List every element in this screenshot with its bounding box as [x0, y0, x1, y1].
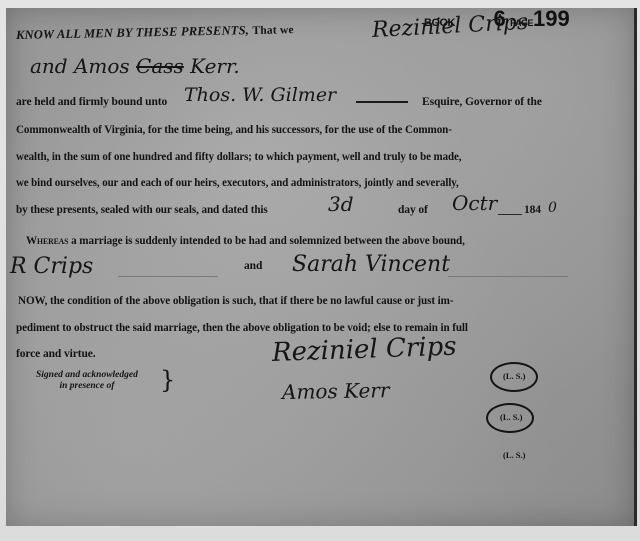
signature-principal: Reziniel Crips: [271, 332, 457, 368]
whereas-line: Whereas a marriage is suddenly intended …: [26, 235, 465, 247]
condition-line-2: pediment to obstruct the said marriage, …: [16, 322, 468, 334]
bride-line: [448, 276, 568, 277]
condition-line-3: force and virtue.: [16, 348, 96, 360]
whereas-text: a marriage is suddenly intended to be ha…: [71, 235, 465, 247]
witness-label: Signed and acknowledged in presence of: [36, 370, 138, 392]
page-number: 199: [533, 6, 570, 31]
governor-dash: [356, 101, 408, 103]
brace-icon: }: [160, 368, 175, 392]
that-we-text: That we: [252, 24, 294, 37]
held-bound-text: are held and firmly bound unto: [16, 96, 167, 108]
surety-and-amos: and Amos: [30, 54, 136, 78]
day-of-text: day of: [398, 204, 428, 216]
seal-2-label: (L. S.): [500, 412, 522, 422]
signature-surety: Amos Kerr: [282, 378, 390, 404]
condition-line-1: NOW, the condition of the above obligati…: [18, 295, 453, 307]
bond-line-sum: wealth, in the sum of one hundred and fi…: [16, 151, 461, 163]
governor-name-handwritten: Thos. W. Gilmer: [184, 84, 336, 106]
bond-line-bind: we bind ourselves, our and each of our h…: [16, 177, 459, 189]
struck-name: Cass: [136, 54, 184, 78]
month-handwritten: Octr: [452, 191, 497, 215]
groom-line: [118, 276, 218, 277]
governor-suffix-text: Esquire, Governor of the: [422, 96, 542, 108]
surety-surname: Kerr.: [184, 54, 240, 78]
date-line-prefix: by these presents, sealed with our seals…: [16, 204, 268, 216]
bride-name-handwritten: Sarah Vincent: [292, 252, 450, 277]
witness-label-line-2: in presence of: [36, 381, 138, 392]
seal-3-label: (L. S.): [503, 450, 525, 460]
groom-name-handwritten: R Crips: [10, 254, 93, 279]
day-handwritten: 3d: [328, 192, 354, 216]
year-printed: 184: [524, 204, 541, 216]
surety-line: and Amos Cass Kerr.: [30, 54, 240, 78]
and-text: and: [244, 260, 262, 272]
month-underline: [498, 214, 522, 215]
seal-1-label: (L. S.): [503, 371, 525, 381]
year-digit-handwritten: 0: [548, 200, 557, 216]
witness-label-line-1: Signed and acknowledged: [36, 370, 138, 381]
bond-line-commonwealth: Commonwealth of Virginia, for the time b…: [16, 124, 452, 136]
whereas-lead: Whereas: [26, 235, 68, 247]
